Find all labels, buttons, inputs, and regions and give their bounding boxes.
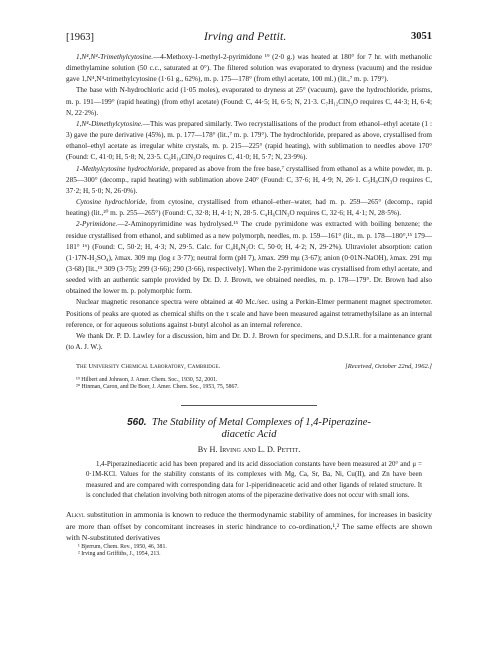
running-head-authors: Irving and Pettit. [204, 31, 287, 43]
article-title: 560. The Stability of Metal Complexes of… [66, 417, 432, 441]
compound-heading: 1-Methylcytosine hydrochloride, [76, 165, 170, 173]
footnote-item: ² Irving and Griffiths, J., 1954, 213. [78, 551, 432, 558]
reference-item: ¹⁹ Hilbert and Johnson, J. Amer. Chem. S… [76, 377, 432, 384]
acknowledgement: We thank Dr. P. D. Lawley for a discussi… [66, 331, 432, 353]
paragraph-trimethylcytosine: 1,N⁴,N⁴-Trimethylcytosine.—4-Methoxy-1-m… [66, 52, 432, 85]
paragraph-text: The base with N-hydrochloric acid (1·05 … [66, 86, 432, 116]
byline: By H. Irving and L. D. Pettit. [66, 445, 432, 454]
paragraph-cytosine-hcl: Cytosine hydrochloride, from cytosine, c… [66, 197, 432, 219]
paragraph-text: Nuclear magnetic resonance spectra were … [66, 298, 432, 328]
received-date: [Received, October 22nd, 1962.] [345, 362, 432, 372]
compound-heading: 2-Pyrimidone. [76, 220, 117, 228]
footnotes: ¹ Bjerrum, Chem. Rev., 1950, 46, 381. ² … [66, 544, 432, 558]
running-head: [1963] Irving and Pettit. 3051 [66, 30, 432, 46]
section-divider [181, 405, 317, 406]
journal-page: [1963] Irving and Pettit. 3051 1,N⁴,N⁴-T… [66, 30, 432, 558]
reference-list: ¹⁹ Hilbert and Johnson, J. Amer. Chem. S… [66, 377, 432, 391]
reference-item: ²⁰ Hinman, Caron, and De Boer, J. Amer. … [76, 384, 432, 391]
affiliation-row: The University Chemical Laboratory, Camb… [66, 362, 432, 372]
compound-heading: Cytosine hydrochloride, [76, 198, 147, 206]
paragraph-dimethylcytosine: 1,N⁴-Dimethylcytosine.—This was prepared… [66, 119, 432, 164]
paragraph-nmr: Nuclear magnetic resonance spectra were … [66, 297, 432, 330]
paragraph-text: —2-Aminopyrimidine was hydrolysed.¹⁵ The… [66, 220, 432, 295]
paragraph-trimethylcytosine-hcl: The base with N-hydrochloric acid (1·05 … [66, 85, 432, 118]
journal-year: [1963] [66, 32, 94, 43]
compound-heading: 1,N⁴,N⁴-Trimethylcytosine. [76, 53, 153, 61]
introduction: Alkyl substitution in ammonia is known t… [66, 509, 432, 543]
article-number: 560. [127, 417, 146, 428]
intro-lead-word: Alkyl [66, 510, 85, 519]
compound-heading: 1,N⁴-Dimethylcytosine. [76, 120, 143, 128]
experimental-section: 1,N⁴,N⁴-Trimethylcytosine.—4-Methoxy-1-m… [66, 52, 432, 353]
affiliation: The University Chemical Laboratory, Camb… [76, 362, 220, 372]
paragraph-methylcytosine-hcl: 1-Methylcytosine hydrochloride, prepared… [66, 164, 432, 197]
page-number: 3051 [411, 31, 432, 42]
article-header: 560. The Stability of Metal Complexes of… [66, 417, 432, 454]
abstract: 1,4-Piperazinediacetic acid has been pre… [86, 460, 422, 502]
intro-text: substitution in ammonia is known to redu… [66, 510, 432, 542]
paragraph-pyrimidone: 2-Pyrimidone.—2-Aminopyrimidine was hydr… [66, 219, 432, 297]
